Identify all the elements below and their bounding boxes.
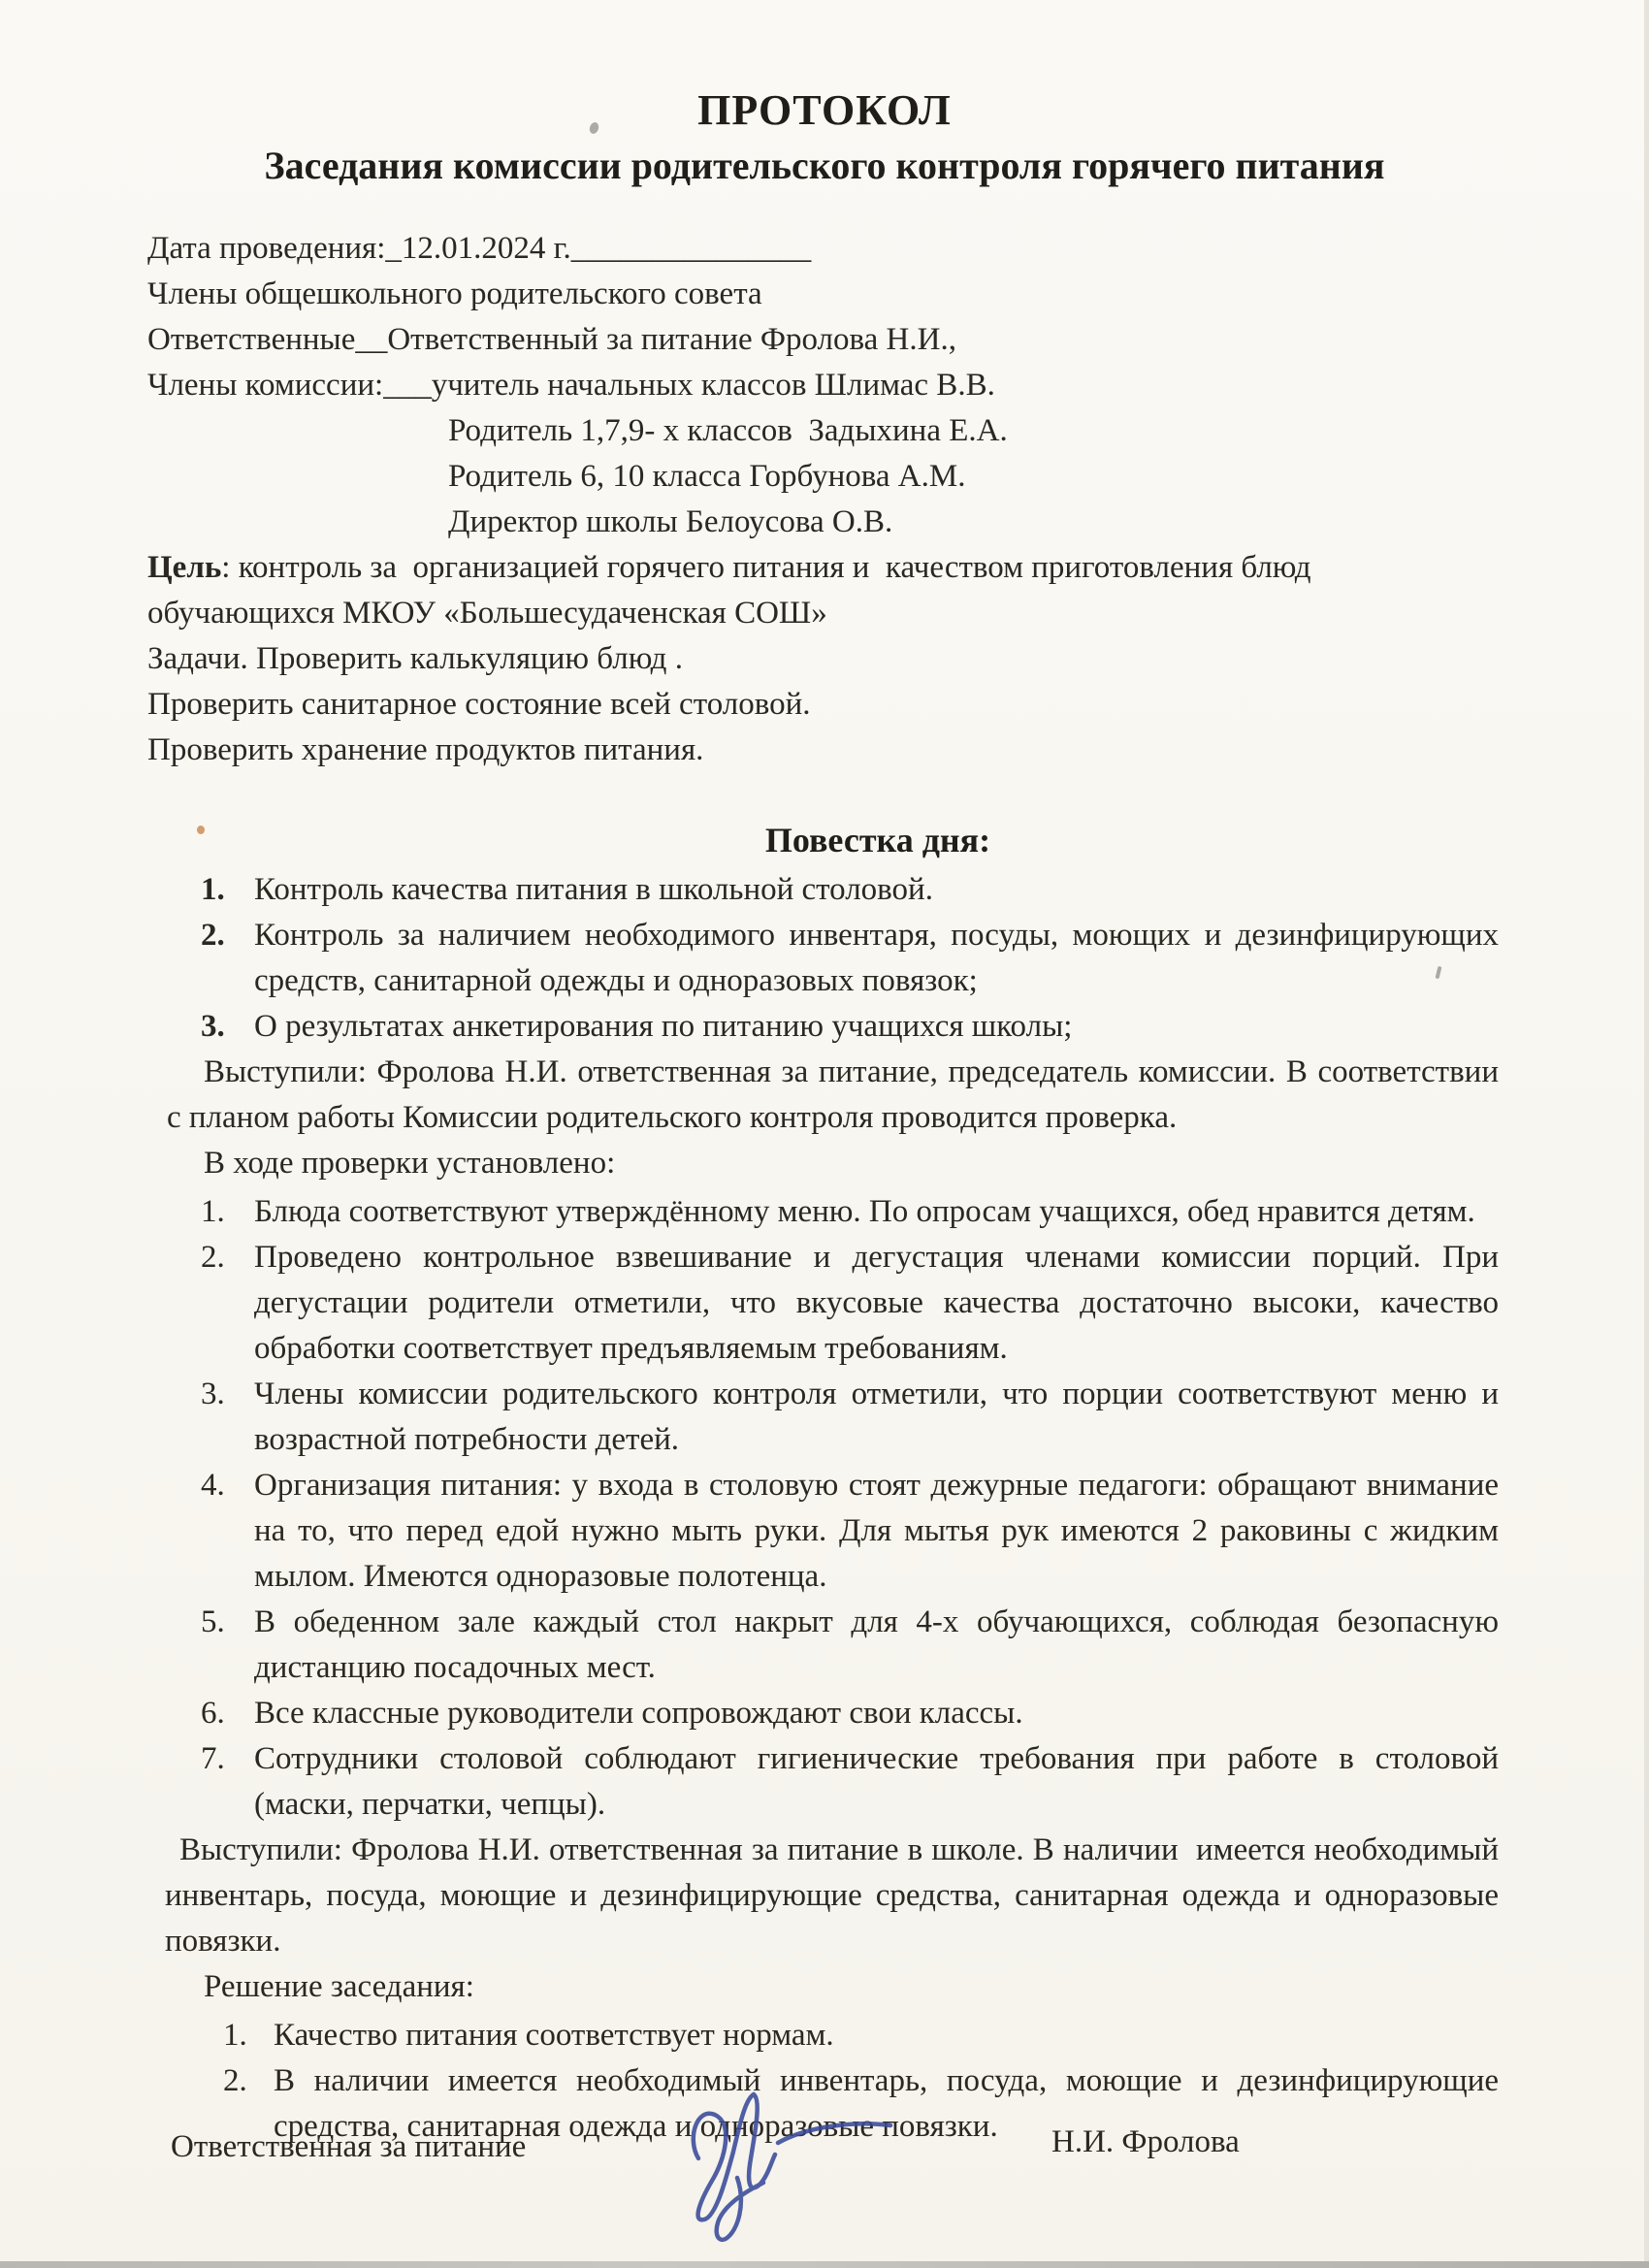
commission-member: Родитель 1,7,9- х классов Задыхина Е.А. (448, 408, 1499, 454)
scan-edge-shadow (0, 2261, 1649, 2268)
agenda-item-text: О результатах анкетирования по питанию у… (254, 1009, 1072, 1044)
decision-item: 1.Качество питания соответствует нормам. (165, 2013, 1499, 2058)
agenda-item-text: Контроль качества питания в школьной сто… (254, 872, 933, 907)
scan-speck (197, 826, 205, 834)
finding-item-text: Члены комиссии родительского контроля от… (254, 1377, 1506, 1457)
agenda-heading: Повестка дня: (0, 816, 1649, 864)
finding-item: 5.В обеденном зале каждый стол накрыт дл… (147, 1600, 1499, 1691)
list-number: 1. (201, 1189, 225, 1235)
decision-heading: Решение заседания: (167, 1964, 1499, 2010)
agenda-item-text: Контроль за наличием необходимого инвент… (254, 918, 1506, 998)
list-number: 1. (201, 867, 225, 913)
speakers-paragraph: Выступили: Фролова Н.И. ответственная за… (167, 1050, 1499, 1141)
agenda-item: 1.Контроль качества питания в школьной с… (147, 867, 1499, 913)
commission-member: Родитель 6, 10 класса Горбунова А.М. (448, 454, 1499, 500)
goal-text: : контроль за организацией горячего пита… (147, 550, 1319, 631)
agenda-item: 3.О результатах анкетирования по питанию… (147, 1004, 1499, 1050)
signature-name: Н.И. Фролова (1051, 2120, 1240, 2165)
document-header-block: Дата проведения:_12.01.2024 г.__________… (0, 226, 1649, 773)
signature-role-label: Ответственная за питание (171, 2124, 526, 2170)
finding-item: 6.Все классные руководители сопровождают… (147, 1691, 1499, 1736)
finding-item: 2.Проведено контрольное взвешивание и де… (147, 1235, 1499, 1372)
signature-row: Ответственная за питание Н.И. Фролова (0, 2076, 1649, 2251)
finding-item: 1.Блюда соответствуют утверждённому меню… (147, 1189, 1499, 1235)
task-line: Проверить санитарное состояние всей стол… (147, 682, 1499, 728)
commission-member: Директор школы Белоусова О.В. (448, 500, 1499, 545)
decision-item-text: Качество питания соответствует нормам. (274, 2018, 834, 2053)
task-line: Проверить хранение продуктов питания. (147, 728, 1499, 773)
date-line: Дата проведения:_12.01.2024 г.__________… (147, 226, 1499, 272)
finding-item-text: В обеденном зале каждый стол накрыт для … (254, 1604, 1506, 1685)
list-number: 3. (201, 1372, 225, 1417)
document-subtitle: Заседания комиссии родительского контрол… (0, 142, 1649, 190)
list-number: 4. (201, 1463, 225, 1508)
list-number: 6. (201, 1691, 225, 1736)
findings-list: 1.Блюда соответствуют утверждённому меню… (147, 1189, 1499, 1828)
signature-autograph-icon (669, 2066, 912, 2246)
council-line: Члены общешкольного родительского совета (147, 272, 1499, 317)
goal-label: Цель (147, 550, 221, 585)
list-number: 1. (223, 2013, 247, 2058)
finding-item-text: Блюда соответствуют утверждённому меню. … (254, 1194, 1475, 1229)
list-number: 3. (201, 1004, 225, 1050)
finding-item: 7.Сотрудники столовой соблюдают гигиенич… (147, 1736, 1499, 1828)
list-number: 2. (201, 913, 225, 958)
commission-line: Члены комиссии:___учитель начальных клас… (147, 363, 1499, 408)
document-page: ПРОТОКОЛ Заседания комиссии родительског… (0, 0, 1649, 2268)
agenda-item: 2.Контроль за наличием необходимого инве… (147, 913, 1499, 1004)
document-title: ПРОТОКОЛ (0, 85, 1649, 136)
agenda-list: 1.Контроль качества питания в школьной с… (147, 867, 1499, 1050)
scan-edge-shadow (1644, 0, 1649, 2268)
findings-intro: В ходе проверки установлено: (167, 1141, 1499, 1186)
finding-item: 4.Организация питания: у входа в столову… (147, 1463, 1499, 1600)
finding-item-text: Организация питания: у входа в столовую … (254, 1468, 1506, 1594)
finding-item-text: Сотрудники столовой соблюдают гигиеничес… (254, 1741, 1506, 1822)
speakers-paragraph-2: Выступили: Фролова Н.И. ответственная за… (165, 1828, 1499, 1964)
goal-line: Цель: контроль за организацией горячего … (147, 545, 1499, 636)
list-number: 7. (201, 1736, 225, 1782)
finding-item-text: Все классные руководители сопровождают с… (254, 1696, 1023, 1731)
finding-item: 3.Члены комиссии родительского контроля … (147, 1372, 1499, 1463)
list-number: 2. (201, 1235, 225, 1280)
finding-item-text: Проведено контрольное взвешивание и дегу… (254, 1240, 1506, 1366)
list-number: 5. (201, 1600, 225, 1645)
task-line: Задачи. Проверить калькуляцию блюд . (147, 636, 1499, 682)
responsible-line: Ответственные__Ответственный за питание … (147, 317, 1499, 363)
